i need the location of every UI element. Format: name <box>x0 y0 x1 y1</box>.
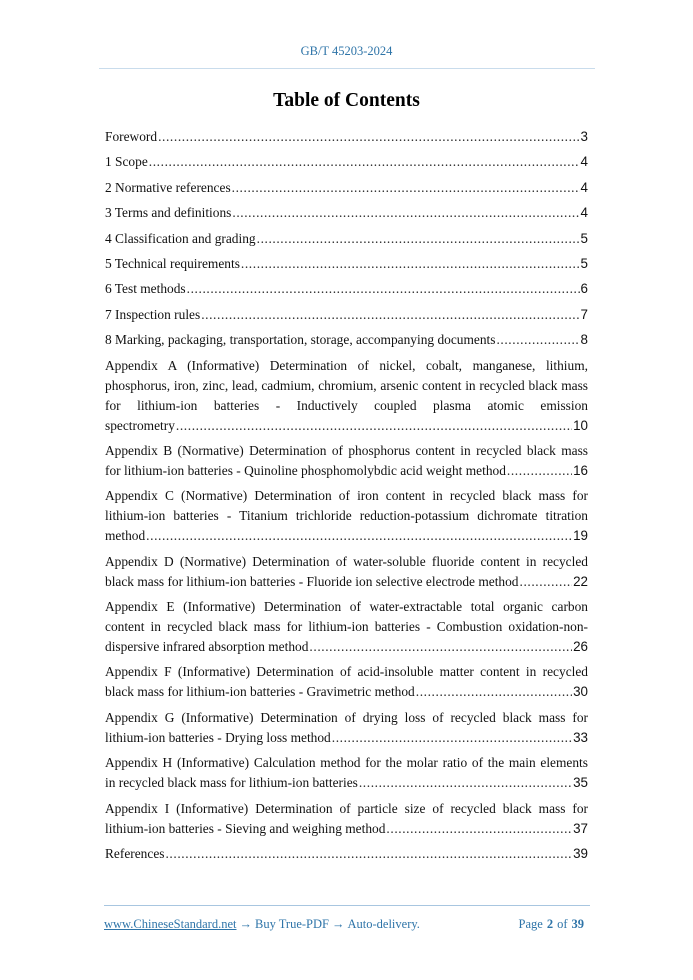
toc-entry[interactable]: 1 Scope4 <box>105 152 588 172</box>
toc-page-number: 3 <box>581 127 588 147</box>
toc-entry-title: References <box>105 844 164 864</box>
toc-entry-title-lead: Appendix H (Informative) Calculation met… <box>105 753 588 773</box>
page-total: 39 <box>572 917 585 931</box>
toc-entry-title: 8 Marking, packaging, transportation, st… <box>105 330 495 350</box>
toc-entry-line: 7 Inspection rules7 <box>105 305 588 325</box>
website-link[interactable]: www.ChineseStandard.net <box>104 917 237 931</box>
page-footer: www.ChineseStandard.net→Buy True-PDF→Aut… <box>104 917 590 932</box>
toc-entry-title-lead: Appendix C (Normative) Determination of … <box>105 486 588 526</box>
dot-leader <box>309 637 572 657</box>
toc-entry-title-lead: Appendix F (Informative) Determination o… <box>105 662 588 682</box>
toc-entry[interactable]: Appendix E (Informative) Determination o… <box>105 597 588 657</box>
arrow-right-icon: → <box>332 917 345 931</box>
toc-entry-line: lithium-ion batteries - Drying loss meth… <box>105 728 588 748</box>
arrow-right-icon: → <box>240 917 253 931</box>
toc-entry[interactable]: Foreword3 <box>105 127 588 147</box>
toc-entry[interactable]: 5 Technical requirements5 <box>105 254 588 274</box>
toc-entry-title: 5 Technical requirements <box>105 254 240 274</box>
toc-entry[interactable]: 8 Marking, packaging, transportation, st… <box>105 330 588 350</box>
toc-entry[interactable]: Appendix G (Informative) Determination o… <box>105 708 588 748</box>
toc-entry-title: Foreword <box>105 127 157 147</box>
dot-leader <box>496 330 579 350</box>
toc-entry-title: 1 Scope <box>105 152 148 172</box>
dot-leader <box>416 682 572 702</box>
toc-entry-title-lead: Appendix I (Informative) Determination o… <box>105 799 588 819</box>
toc-entry-line: 2 Normative references4 <box>105 178 588 198</box>
toc-entry[interactable]: Appendix D (Normative) Determination of … <box>105 552 588 592</box>
toc-page-number: 7 <box>581 305 588 325</box>
toc-page-number: 19 <box>573 526 588 546</box>
toc-entry-line: Foreword3 <box>105 127 588 147</box>
toc-entry-title-lead: Appendix G (Informative) Determination o… <box>105 708 588 728</box>
toc-entry-title: in recycled black mass for lithium-ion b… <box>105 773 358 793</box>
toc-page-number: 5 <box>581 254 588 274</box>
dot-leader <box>520 572 573 592</box>
toc-entry-line: in recycled black mass for lithium-ion b… <box>105 773 588 793</box>
toc-entry[interactable]: Appendix I (Informative) Determination o… <box>105 799 588 839</box>
toc-entry-title: 4 Classification and grading <box>105 229 256 249</box>
dot-leader <box>332 728 572 748</box>
toc-entry-line: method19 <box>105 526 588 546</box>
buy-text: Buy True-PDF <box>255 917 329 931</box>
page-title: Table of Contents <box>0 90 693 112</box>
toc-page-number: 6 <box>581 279 588 299</box>
dot-leader <box>149 152 580 172</box>
toc-entry-title: lithium-ion batteries - Drying loss meth… <box>105 728 331 748</box>
toc-entry[interactable]: References39 <box>105 844 588 864</box>
dot-leader <box>165 844 572 864</box>
toc-page-number: 26 <box>573 637 588 657</box>
toc-entry-line: black mass for lithium-ion batteries - G… <box>105 682 588 702</box>
toc-page-number: 4 <box>581 203 588 223</box>
delivery-text: Auto-delivery. <box>348 917 420 931</box>
header-divider <box>99 68 595 69</box>
toc-entry-title-lead: Appendix B (Normative) Determination of … <box>105 441 588 461</box>
toc-page-number: 39 <box>573 844 588 864</box>
footer-divider <box>104 905 590 906</box>
toc-entry-line: 4 Classification and grading5 <box>105 229 588 249</box>
toc-entry-line: lithium-ion batteries - Sieving and weig… <box>105 819 588 839</box>
toc-entry-line: 5 Technical requirements5 <box>105 254 588 274</box>
toc-page-number: 35 <box>573 773 588 793</box>
toc-entry-title: black mass for lithium-ion batteries - F… <box>105 572 519 592</box>
toc-page-number: 33 <box>573 728 588 748</box>
toc-entry-title: lithium-ion batteries - Sieving and weig… <box>105 819 385 839</box>
toc-page-number: 30 <box>573 682 588 702</box>
dot-leader <box>201 305 579 325</box>
toc-entry-title: dispersive infrared absorption method <box>105 637 308 657</box>
toc-entry-line: References39 <box>105 844 588 864</box>
dot-leader <box>257 229 580 249</box>
toc-entry[interactable]: Appendix A (Informative) Determination o… <box>105 356 588 436</box>
toc-page-number: 8 <box>581 330 588 350</box>
toc-page-number: 22 <box>573 572 588 592</box>
toc-entry-line: 3 Terms and definitions4 <box>105 203 588 223</box>
toc-entry[interactable]: 7 Inspection rules7 <box>105 305 588 325</box>
toc-entry[interactable]: Appendix C (Normative) Determination of … <box>105 486 588 546</box>
dot-leader <box>232 203 579 223</box>
dot-leader <box>146 526 572 546</box>
footer-promo: www.ChineseStandard.net→Buy True-PDF→Aut… <box>104 917 420 932</box>
dot-leader <box>507 461 572 481</box>
table-of-contents: Foreword31 Scope42 Normative references4… <box>105 127 588 869</box>
page-label: Page <box>519 917 543 931</box>
toc-page-number: 37 <box>573 819 588 839</box>
dot-leader <box>158 127 579 147</box>
toc-entry-line: dispersive infrared absorption method26 <box>105 637 588 657</box>
toc-entry[interactable]: 2 Normative references4 <box>105 178 588 198</box>
toc-entry-title: 2 Normative references <box>105 178 231 198</box>
toc-page-number: 5 <box>581 229 588 249</box>
toc-entry-line: for lithium-ion batteries - Quinoline ph… <box>105 461 588 481</box>
toc-entry-title-lead: Appendix D (Normative) Determination of … <box>105 552 588 572</box>
toc-entry-title-lead: Appendix A (Informative) Determination o… <box>105 356 588 416</box>
page-current: 2 <box>547 917 553 931</box>
toc-entry-line: 6 Test methods6 <box>105 279 588 299</box>
toc-entry[interactable]: 6 Test methods6 <box>105 279 588 299</box>
toc-entry-title: method <box>105 526 145 546</box>
toc-entry-line: black mass for lithium-ion batteries - F… <box>105 572 588 592</box>
dot-leader <box>187 279 580 299</box>
dot-leader <box>241 254 580 274</box>
toc-entry-title: black mass for lithium-ion batteries - G… <box>105 682 415 702</box>
toc-entry-line: 8 Marking, packaging, transportation, st… <box>105 330 588 350</box>
toc-entry-title: 3 Terms and definitions <box>105 203 231 223</box>
toc-entry[interactable]: 3 Terms and definitions4 <box>105 203 588 223</box>
document-id-header: GB/T 45203-2024 <box>0 44 693 59</box>
dot-leader <box>386 819 572 839</box>
toc-entry-title: spectrometry <box>105 416 175 436</box>
toc-page-number: 4 <box>581 152 588 172</box>
toc-page-number: 16 <box>573 461 588 481</box>
toc-entry[interactable]: 4 Classification and grading5 <box>105 229 588 249</box>
toc-entry-title: for lithium-ion batteries - Quinoline ph… <box>105 461 506 481</box>
toc-entry-title: 6 Test methods <box>105 279 186 299</box>
page-indicator: Page2of39 <box>519 917 584 932</box>
toc-page-number: 10 <box>573 416 588 436</box>
toc-entry-line: 1 Scope4 <box>105 152 588 172</box>
page-of: of <box>557 917 567 931</box>
toc-entry-line: spectrometry10 <box>105 416 588 436</box>
toc-entry-title-lead: Appendix E (Informative) Determination o… <box>105 597 588 637</box>
toc-entry[interactable]: Appendix H (Informative) Calculation met… <box>105 753 588 793</box>
dot-leader <box>359 773 572 793</box>
dot-leader <box>232 178 580 198</box>
toc-entry[interactable]: Appendix B (Normative) Determination of … <box>105 441 588 481</box>
toc-entry-title: 7 Inspection rules <box>105 305 200 325</box>
dot-leader <box>176 416 572 436</box>
toc-entry[interactable]: Appendix F (Informative) Determination o… <box>105 662 588 702</box>
toc-page-number: 4 <box>581 178 588 198</box>
